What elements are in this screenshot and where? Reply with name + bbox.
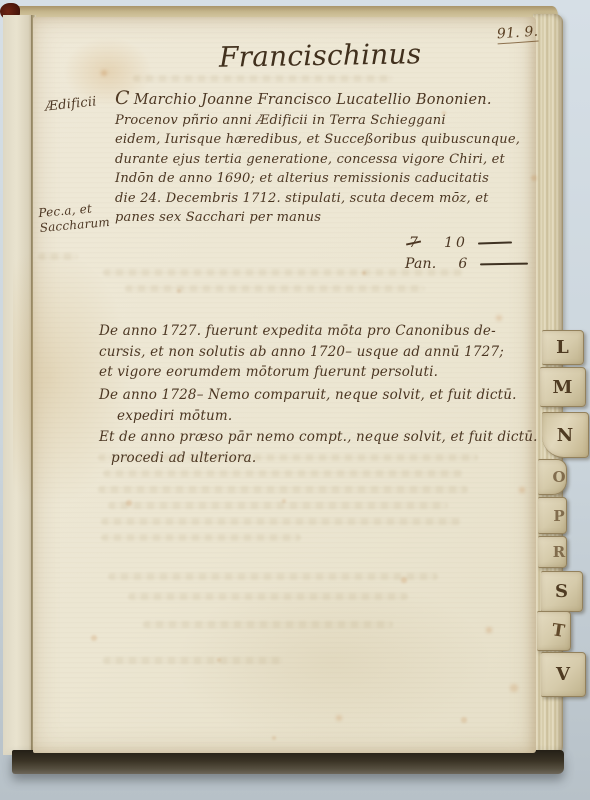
folio-number: 91. 9. [496,24,538,45]
foxing-spots [33,17,35,19]
index-tab-M: M [540,367,586,407]
tab-letter: T [551,620,566,642]
tab-letter: O [552,468,565,486]
previous-page-edge [3,15,33,755]
tab-letter: M [553,377,573,398]
paragraph-present-year: Et de anno præso pār nemo compt., neque … [99,427,538,468]
paragraph-line: expediri mōtum. [117,406,517,427]
tab-letter: S [555,581,568,602]
index-tab-L: L [542,330,584,365]
bleed-through-line [108,573,438,580]
paragraph-1727: De anno 1727. fuerunt expedita mōta pro … [99,321,504,383]
paragraph-line-text: Marchio Joanne Francisco Lucatellio Bono… [134,92,492,108]
paragraph-line: die 24. Decembris 1712. stipulati, scuta… [115,189,520,209]
tab-letter: L [556,337,569,358]
paragraph-line: Indōn de anno 1690; et alterius remissio… [115,169,520,189]
paragraph-line: Et de anno præso pār nemo compt., neque … [99,427,538,448]
index-tab-R-partial: R [538,536,567,568]
paragraph-flourish: C [115,87,130,109]
index-tab-V: V [541,652,586,697]
index-tab-T-partial: T [537,611,571,651]
paragraph-line: panes sex Sacchari per manus [115,208,520,228]
paragraph-grant: CMarchio Joanne Francisco Lucatellio Bon… [115,89,520,228]
paragraph-line: durante ejus tertia generatione, concess… [115,150,520,170]
paper-stain [173,577,493,747]
book-bottom-board [12,750,564,774]
scanned-manuscript-photo: Francischinus 91. 9. Ædificii Pec.a, et … [0,0,590,800]
bleed-through-line [101,534,301,541]
tab-letter: V [556,664,570,685]
scuta-value: 10 [444,235,468,251]
amount-scuta-row: 7 10 [409,235,512,251]
paragraph-line: procedi ad ulteriora. [111,448,538,469]
panes-label: Pan. [405,256,436,272]
paragraph-line: De anno 1727. fuerunt expedita mōta pro … [99,321,504,342]
bleed-through-line [143,621,393,628]
bleed-through-line [133,75,393,82]
panes-value: 6 [458,256,470,272]
bleed-through-line [101,518,461,525]
margin-note-saccharum: Pec.a, et Saccharum [38,200,111,236]
paragraph-line: CMarchio Joanne Francisco Lucatellio Bon… [115,89,520,111]
margin-note-aedificii: Ædificii [44,94,97,114]
amount-rule [478,242,512,245]
tab-letter: N [557,425,573,446]
index-tab-P-partial: P [538,497,567,534]
index-tab-S: S [541,571,583,612]
paragraph-1728: De anno 1728– Nemo comparuit, neque solv… [99,385,517,426]
amount-panes-row: Pan. 6 [405,256,528,272]
bleed-through-line [103,657,283,664]
paragraph-line: cursis, et non solutis ab anno 1720– usq… [99,342,504,363]
paragraph-line: eidem, Iurisque hæredibus, et Succeßorib… [115,130,520,150]
paragraph-line: et vigore eorumdem mōtorum fuerunt perso… [99,362,504,383]
bleed-through-line [103,470,463,477]
bleed-through-line [128,593,408,600]
scudi-symbol: 7 [409,235,418,251]
page-title: Francischinus [219,37,422,74]
index-tab-O-partial: O [538,459,567,495]
tab-letter: R [553,543,565,561]
paragraph-line: Procenov pñrio anni Ædificii in Terra Sc… [115,111,520,131]
bleed-through-line [98,486,468,493]
bleed-through-line [108,502,448,509]
bleed-through-line [125,285,425,292]
tab-letter: P [553,507,564,525]
manuscript-page: Francischinus 91. 9. Ædificii Pec.a, et … [33,17,536,753]
paragraph-line: De anno 1728– Nemo comparuit, neque solv… [99,385,517,406]
bleed-through-mark [38,253,78,260]
index-tab-N: N [542,412,589,458]
amount-rule [480,263,528,265]
